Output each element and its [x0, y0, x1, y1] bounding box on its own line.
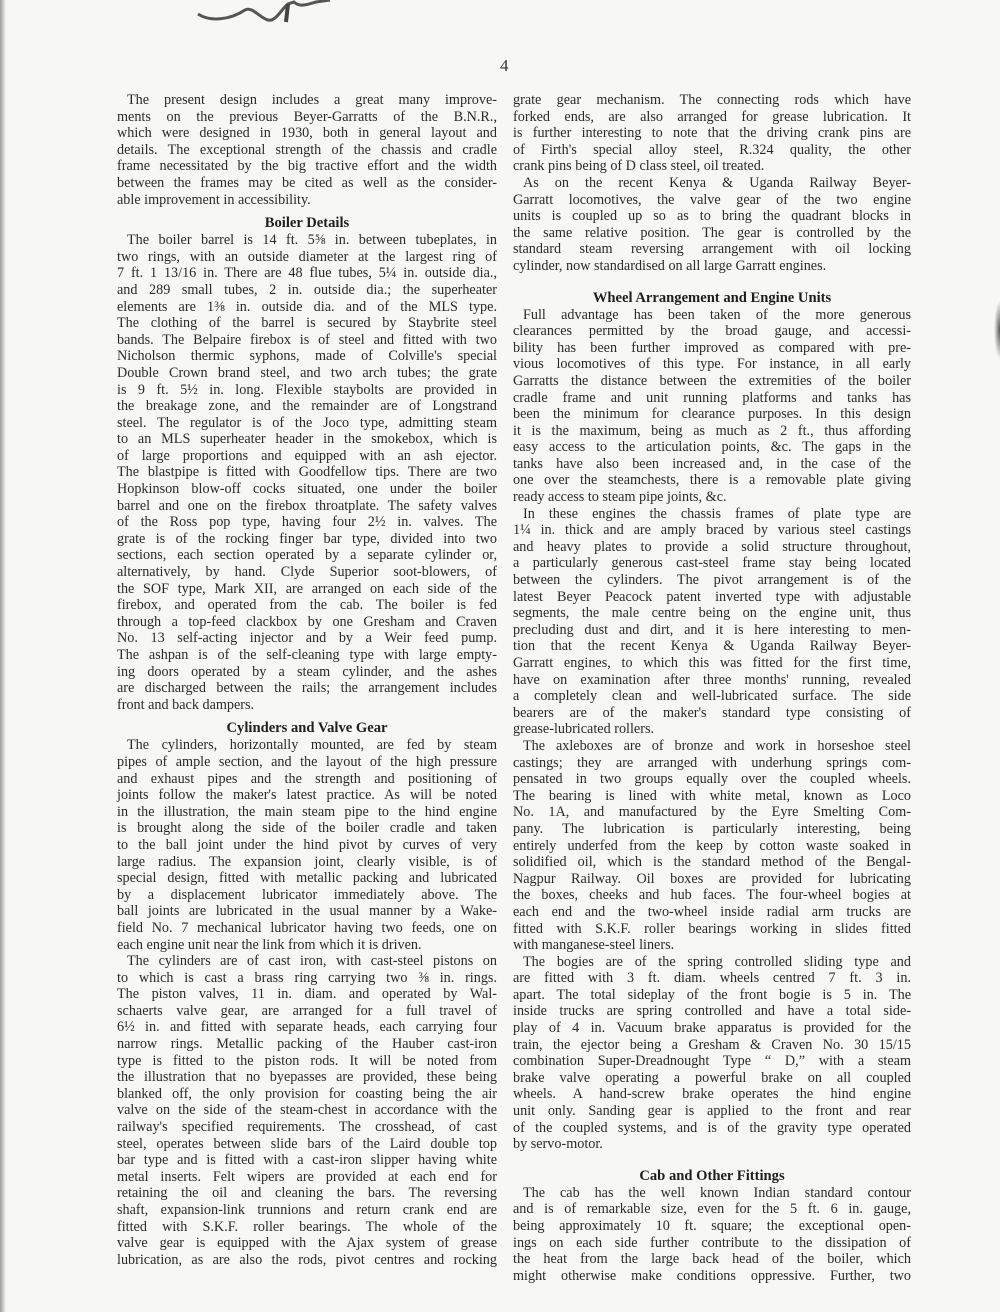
text-line: is 9 ft. 5½ in. long. Flexible staybolts…	[117, 382, 497, 399]
text-line: by a displacement lubricator immediately…	[117, 887, 497, 904]
text-line: apart. The total sideplay of the front b…	[513, 987, 911, 1004]
text-line: being approximately 10 ft. square; the e…	[513, 1218, 911, 1235]
text-line: it is the maximum, being as much as 2 ft…	[513, 423, 911, 440]
text-line: The bogies are of the spring controlled …	[513, 954, 911, 971]
text-line: combination Super-Dreadnought Type “ D,”…	[513, 1053, 911, 1070]
cab-paragraph: The cab has the well known Indian standa…	[513, 1185, 911, 1285]
text-line: shaft, expansion-link trunnions and retu…	[117, 1202, 497, 1219]
heading-cab-fittings: Cab and Other Fittings	[513, 1167, 911, 1185]
text-line: pensated in two groups equally over the …	[513, 771, 911, 788]
text-line: fitted with S.K.F. roller bearings worki…	[513, 921, 911, 938]
text-line: ings on each side further contribute to …	[513, 1235, 911, 1252]
text-line: valve gear is equipped with the Ajax sys…	[117, 1235, 497, 1252]
boiler-details-paragraph: The boiler barrel is 14 ft. 5⅝ in. betwe…	[117, 232, 497, 713]
text-line: steel. The regulator is of the Joco type…	[117, 415, 497, 432]
text-line: Garratt engines, to which this was fitte…	[513, 655, 911, 672]
text-line: barrel and one on the firebox throatplat…	[117, 498, 497, 515]
ink-mark-decoration	[190, 0, 340, 28]
text-line: of the coupled systems, and is of the gr…	[513, 1120, 911, 1137]
text-line: Nagpur Railway. Oil boxes are provided f…	[513, 871, 911, 888]
text-line: between the cylinders. The pivot arrange…	[513, 572, 911, 589]
text-line: sections, each section operated by a sep…	[117, 547, 497, 564]
text-line: ready access to steam pipe joints, &c.	[513, 489, 911, 506]
text-line: the same relative position. The gear is …	[513, 225, 911, 242]
text-line: the heat from the large back head of the…	[513, 1251, 911, 1268]
text-line: the breakage zone, and the remainder are…	[117, 398, 497, 415]
text-line: The bearing is lined with white metal, k…	[513, 788, 911, 805]
text-line: retaining the oil and cleaning the bars.…	[117, 1185, 497, 1202]
text-line: Double Crown brand steel, and two arch t…	[117, 365, 497, 382]
text-line: solidified oil, which is the standard me…	[513, 854, 911, 871]
text-line: grease-lubricated rollers.	[513, 721, 911, 738]
text-line: standard steam reversing arrangement wit…	[513, 241, 911, 258]
wheel-arrangement-paragraph-4: The bogies are of the spring controlled …	[513, 954, 911, 1153]
text-line: grate is of the rocking finger bar type,…	[117, 531, 497, 548]
text-line: are discharged between the rails; the ar…	[117, 680, 497, 697]
text-line: vious locomotives of this type. For inst…	[513, 356, 911, 373]
text-line: railway's specified requirements. The cr…	[117, 1119, 497, 1136]
text-line: and is of remarkable size, even for the …	[513, 1201, 911, 1218]
wheel-arrangement-paragraph-3: The axleboxes are of bronze and work in …	[513, 738, 911, 954]
text-line: pany. The lubrication is particularly in…	[513, 821, 911, 838]
text-line: able improvement in accessibility.	[117, 192, 497, 209]
text-line: large radius. The expansion joint, clear…	[117, 854, 497, 871]
text-line: firebox, and operated from the cab. The …	[117, 597, 497, 614]
text-line: have on examination after three months' …	[513, 672, 911, 689]
text-line: units is coupled up so as to bring the q…	[513, 208, 911, 225]
page-fold-shadow	[0, 0, 6, 1312]
text-line: details. The exceptional strength of the…	[117, 142, 497, 159]
text-line: Garratts the distance between the extrem…	[513, 373, 911, 390]
text-line: between the frames may be cited as well …	[117, 175, 497, 192]
text-line: alternatively, by hand. Clyde Superior s…	[117, 564, 497, 581]
text-line: segments, the male centre being on the e…	[513, 605, 911, 622]
text-line: entirely underfed from the keep by cotto…	[513, 838, 911, 855]
text-line: clearances permitted by the broad gauge,…	[513, 323, 911, 340]
heading-cylinders-valve-gear: Cylinders and Valve Gear	[117, 719, 497, 737]
text-line: front and back dampers.	[117, 697, 497, 714]
text-line: and exhaust pipes and the strength and p…	[117, 771, 497, 788]
text-line: lubrication, as are also the rods, pivot…	[117, 1252, 497, 1269]
text-line: fitted with S.K.F. roller bearings. The …	[117, 1219, 497, 1236]
text-line: grate gear mechanism. The connecting rod…	[513, 92, 911, 109]
text-line: ball joints are lubricated in the usual …	[117, 903, 497, 920]
text-line: and heavy plates to provide a solid stru…	[513, 539, 911, 556]
text-line: 7 ft. 1 13/16 in. There are 48 flue tube…	[117, 265, 497, 282]
text-line: valve on the side of the steam-chest in …	[117, 1102, 497, 1119]
text-line: is brought along the side of the boiler …	[117, 820, 497, 837]
text-line: Hopkinson blow-off cocks situated, one u…	[117, 481, 497, 498]
wheel-arrangement-paragraph-1: Full advantage has been taken of the mor…	[513, 307, 911, 506]
text-line: The axleboxes are of bronze and work in …	[513, 738, 911, 755]
text-line: special design, fitted with metallic pac…	[117, 870, 497, 887]
text-line: by servo-motor.	[513, 1136, 911, 1153]
text-line: As on the recent Kenya & Uganda Railway …	[513, 175, 911, 192]
text-line: of Firth's special alloy steel, R.324 qu…	[513, 142, 911, 159]
text-line: frame necessitated by the big tractive e…	[117, 158, 497, 175]
cylinders-paragraph-2: The cylinders are of cast iron, with cas…	[117, 953, 497, 1268]
left-column: The present design includes a great many…	[117, 92, 497, 1268]
text-line: 1¼ in. thick and are amply braced by var…	[513, 522, 911, 539]
text-line: The cylinders are of cast iron, with cas…	[117, 953, 497, 970]
text-line: type is fitted to the piston rods. It wi…	[117, 1053, 497, 1070]
text-line: train, the ejector being a Gresham & Cra…	[513, 1037, 911, 1054]
text-line: bearers are of the maker's standard type…	[513, 705, 911, 722]
cylinders-paragraph-1: The cylinders, horizontally mounted, are…	[117, 737, 497, 953]
text-line: each engine unit near the link from whic…	[117, 937, 497, 954]
text-line: a completely clean and well-lubricated s…	[513, 688, 911, 705]
text-line: one over the steamchests, there is a rem…	[513, 472, 911, 489]
text-line: blanked off, the only provision for coas…	[117, 1086, 497, 1103]
text-line: two rings, with an outside diameter at t…	[117, 249, 497, 266]
text-line: crank pins being of D class steel, oil t…	[513, 158, 911, 175]
text-line: through a top-feed clackbox by one Gresh…	[117, 614, 497, 631]
text-line: might otherwise make conditions oppressi…	[513, 1268, 911, 1285]
text-line: bar type and is fitted with a cast-iron …	[117, 1152, 497, 1169]
heading-boiler-details: Boiler Details	[117, 214, 497, 232]
text-line: cradle frame and unit running platforms …	[513, 390, 911, 407]
text-line: Nicholson thermic syphons, made of Colvi…	[117, 348, 497, 365]
text-line: in the illustration, the main steam pipe…	[117, 804, 497, 821]
text-line: The clothing of the barrel is secured by…	[117, 315, 497, 332]
text-line: The present design includes a great many…	[117, 92, 497, 109]
intro-paragraph: The present design includes a great many…	[117, 92, 497, 208]
text-line: The cylinders, horizontally mounted, are…	[117, 737, 497, 754]
text-line: brake valve operating a powerful brake o…	[513, 1070, 911, 1087]
text-line: In these engines the chassis frames of p…	[513, 506, 911, 523]
text-line: schaerts valve gear, are arranged for a …	[117, 1003, 497, 1020]
continuation-paragraph-1: grate gear mechanism. The connecting rod…	[513, 92, 911, 175]
text-line: Garratt locomotives, the valve gear of t…	[513, 192, 911, 209]
text-line: bands. The Belpaire firebox is of steel …	[117, 332, 497, 349]
text-line: bility has been further improved as comp…	[513, 340, 911, 357]
right-column: grate gear mechanism. The connecting rod…	[513, 92, 911, 1284]
text-line: field No. 7 mechanical lubricator having…	[117, 920, 497, 937]
text-line: unit only. Sanding gear is applied to th…	[513, 1103, 911, 1120]
text-line: No. 13 self-acting injector and by a Wei…	[117, 630, 497, 647]
text-line: wheels. A hand-screw brake operates the …	[513, 1086, 911, 1103]
edge-smudge	[994, 300, 1000, 360]
text-line: Full advantage has been taken of the mor…	[513, 307, 911, 324]
text-line: and 289 small tubes, 2 in. outside dia.;…	[117, 282, 497, 299]
continuation-paragraph-2: As on the recent Kenya & Uganda Railway …	[513, 175, 911, 275]
text-line: joints follow the maker's latest practic…	[117, 787, 497, 804]
text-line: which were designed in 1930, both in gen…	[117, 125, 497, 142]
text-line: easy access to the articulation points, …	[513, 439, 911, 456]
text-line: to which is cast a brass ring carrying t…	[117, 970, 497, 987]
text-line: The boiler barrel is 14 ft. 5⅝ in. betwe…	[117, 232, 497, 249]
text-line: play of 4 in. Vacuum brake apparatus is …	[513, 1020, 911, 1037]
text-line: the SOF type, Mark XII, are arranged on …	[117, 581, 497, 598]
text-line: to an MLS superheater header in the smok…	[117, 431, 497, 448]
text-line: tion that the recent Kenya & Uganda Rail…	[513, 638, 911, 655]
text-line: metal inserts. Felt wipers are provided …	[117, 1169, 497, 1186]
text-line: each end and the two-wheel inside radial…	[513, 904, 911, 921]
text-line: The blastpipe is fitted with Goodfellow …	[117, 464, 497, 481]
heading-wheel-arrangement: Wheel Arrangement and Engine Units	[513, 289, 911, 307]
text-line: tanks have also been increased and, in t…	[513, 456, 911, 473]
wheel-arrangement-paragraph-2: In these engines the chassis frames of p…	[513, 506, 911, 738]
text-line: of the Ross pop type, having four 2½ in.…	[117, 514, 497, 531]
text-line: elements are 1⅜ in. outside dia. and of …	[117, 299, 497, 316]
text-line: The ashpan is of the self-cleaning type …	[117, 647, 497, 664]
text-line: steel, operates between slide bars of th…	[117, 1136, 497, 1153]
text-line: to the ball joint under the hind pivot b…	[117, 837, 497, 854]
text-line: the boxes, cheeks and hub faces. The fou…	[513, 887, 911, 904]
text-line: precluding dust and dirt, and it is here…	[513, 622, 911, 639]
text-line: inside trucks are spring controlled and …	[513, 1003, 911, 1020]
text-line: with manganese-steel liners.	[513, 937, 911, 954]
text-line: are fitted with 3 ft. diam. wheels centr…	[513, 970, 911, 987]
text-line: ing doors operated by a steam cylinder, …	[117, 664, 497, 681]
text-line: the illustration that no byepasses are p…	[117, 1069, 497, 1086]
text-line: a particularly generous cast-steel frame…	[513, 555, 911, 572]
text-line: been the minimum for clearance purposes.…	[513, 406, 911, 423]
text-line: latest Beyer Peacock patent inverted typ…	[513, 589, 911, 606]
text-line: castings; they are arranged with underhu…	[513, 755, 911, 772]
text-line: The piston valves, 11 in. diam. and oper…	[117, 986, 497, 1003]
text-line: No. 1A, and manufactured by the Eyre Sme…	[513, 804, 911, 821]
text-line: The cab has the well known Indian standa…	[513, 1185, 911, 1202]
text-line: narrow rings. Metallic packing of the Ha…	[117, 1036, 497, 1053]
text-line: forked ends, are also arranged for greas…	[513, 109, 911, 126]
text-line: ments on the previous Beyer-Garratts of …	[117, 109, 497, 126]
text-line: pipes of ample section, and the layout o…	[117, 754, 497, 771]
page-number: 4	[500, 56, 509, 76]
text-line: 6½ in. and fitted with separate heads, e…	[117, 1019, 497, 1036]
text-line: is further interesting to note that the …	[513, 125, 911, 142]
text-line: of large proportions and equipped with a…	[117, 448, 497, 465]
text-line: cylinder, now standardised on all large …	[513, 258, 911, 275]
